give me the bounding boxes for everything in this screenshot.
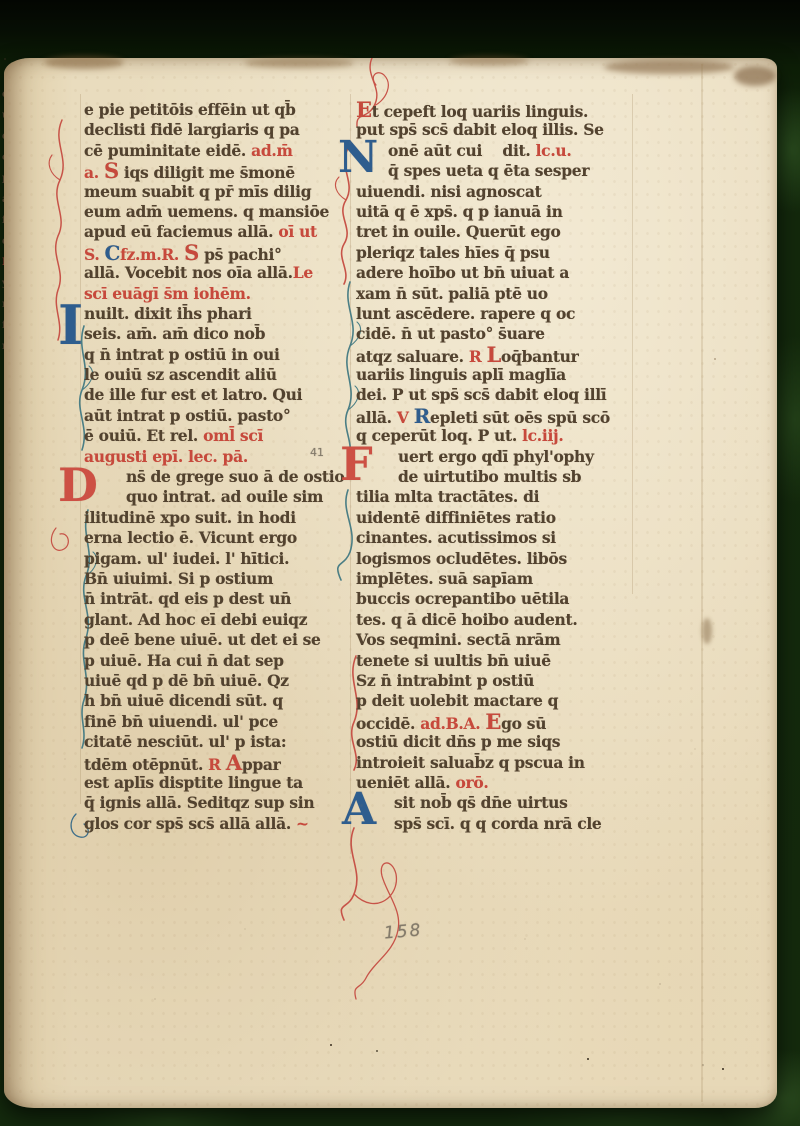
body-text: adere hoībo ut bn̄ uiuat a — [356, 263, 569, 282]
manuscript-text-line: q n̄ intrat p ostiū in oui — [84, 345, 352, 365]
body-text: cidē. n̄ ut pasto° s̄uare — [356, 324, 545, 343]
rubric-text: oī ut — [278, 222, 317, 241]
manuscript-text-line: cē puminitate eidē. ad.m̄ — [84, 141, 352, 161]
manuscript-text-line: ueniēt allā. orō. — [356, 773, 630, 793]
manuscript-text-line: pigam. ul' iudei. l' hītici. — [84, 549, 352, 569]
decorated-initial-A: A — [342, 788, 376, 832]
body-text: q̄ ignis allā. Seditqz sup sin — [84, 793, 314, 812]
body-text: de uirtutibo multis sb — [398, 467, 581, 486]
manuscript-text-line: uiuendi. nisi agnoscat — [356, 182, 630, 202]
body-text: implētes. suā sapīam — [356, 569, 533, 588]
rubric-text: R — [469, 347, 487, 366]
body-text: de ille fur est et latro. Qui — [84, 385, 302, 404]
body-text: ostiū dicit dn̄s p me siqs — [356, 732, 560, 751]
manuscript-text-line: tes. q ā dicē hoibo audent. — [356, 610, 630, 630]
body-text: citatē nesciūt. ul' p ista: — [84, 732, 286, 751]
body-text: onē aūt cui dit. — [388, 141, 536, 160]
manuscript-text-line: adere hoībo ut bn̄ uiuat a — [356, 263, 630, 283]
manuscript-text-line: erna lectio ē. Vicunt ergo — [84, 528, 352, 548]
decorated-initial-D: D — [58, 462, 98, 508]
body-text: atqz saluare. — [356, 347, 469, 366]
manuscript-text-line: allā. V Repleti sūt oēs spū scō — [356, 406, 630, 426]
body-text: uariis linguis aplī maglīa — [356, 365, 566, 384]
inline-initial: A — [226, 750, 242, 775]
manuscript-text-line: eum adm̄ uemens. q mansiōe — [84, 202, 352, 222]
body-text: apud eū faciemus allā. — [84, 222, 278, 241]
manuscript-text-line: occidē. ad.B.A. Ego sū — [356, 712, 630, 732]
rubric-text: orō. — [455, 773, 488, 792]
manuscript-text-line: tdēm otēpnūt. R Appar — [84, 753, 352, 773]
body-text: seis. am̄. am̄ dico nob̄ — [84, 324, 265, 343]
inline-initial: R — [414, 404, 430, 428]
body-text: ps̄ pachi° — [199, 245, 282, 264]
manuscript-text-line: glant. Ad hoc eī debi euiqz — [84, 610, 352, 630]
manuscript-text-line: dei. P ut sps̄ scs̄ dabit eloq illī — [356, 385, 630, 405]
edge-stain — [702, 618, 712, 644]
body-text: sps̄ scī. q q corda nrā cle — [394, 814, 601, 833]
body-text: ilitudinē xpo suit. in hodi — [84, 508, 296, 527]
body-text: occidē. — [356, 714, 420, 733]
body-text: p deē bene uiuē. ut det ei se — [84, 630, 321, 649]
body-text: q n̄ intrat p ostiū in oui — [84, 345, 280, 364]
body-text: e pie petitōis effēin ut qb̄ — [84, 100, 296, 119]
ruling-line — [80, 94, 81, 804]
manuscript-text-line: put sps̄ scs̄ dabit eloq illis. Se — [356, 120, 630, 140]
quire-mark: 41 — [310, 446, 324, 459]
body-text: Vos seqmini. sectā nrām — [356, 630, 560, 649]
body-text: tret in ouile. Querūt ego — [356, 222, 561, 241]
body-text: glos cor sps̄ scs̄ allā allā. — [84, 814, 296, 833]
body-text: cinantes. acutissimos si — [356, 528, 556, 547]
manuscript-text-line: p uiuē. Ha cui n̄ dat sep — [84, 651, 352, 671]
body-text: allā. — [356, 408, 397, 427]
rubric-text: scī euāgī s̄m iohēm. — [84, 284, 251, 303]
manuscript-text-line: e pie petitōis effēin ut qb̄ — [84, 100, 352, 120]
manuscript-text-line: le ouiū sz ascendit aliū — [84, 365, 352, 385]
manuscript-text-line: glos cor sps̄ scs̄ allā allā. ~ — [84, 814, 352, 834]
body-text: uidentē diffiniētes ratio — [356, 508, 556, 527]
inline-initial: L — [487, 342, 501, 367]
body-text: uiuē qd p dē bn̄ uiuē. Qz — [84, 671, 289, 690]
inline-initial: S — [104, 158, 119, 183]
manuscript-text-line: q̄ ignis allā. Seditqz sup sin — [84, 793, 352, 813]
manuscript-text-line: Vos seqmini. sectā nrām — [356, 630, 630, 650]
rubric-text: ~ — [296, 814, 309, 833]
manuscript-text-line: Sz n̄ intrabint p ostiū — [356, 671, 630, 691]
manuscript-text-line: h bn̄ uiuē dicendi sūt. q — [84, 691, 352, 711]
manuscript-text-line: p deē bene uiuē. ut det ei se — [84, 630, 352, 650]
body-text: q ceperūt loq. P ut. — [356, 426, 522, 445]
manuscript-text-line: Bn̄ uiuimi. Si p ostium — [84, 569, 352, 589]
manuscript-text-line: q̄ spes ueta q ēta sesper — [356, 161, 630, 181]
body-text: aūt intrat p ostiū. pasto° — [84, 406, 290, 425]
manuscript-text-line: tilia mlta tractātes. di — [356, 487, 630, 507]
manuscript-text-line: sit nob̄ qs̄ dn̄e uirtus — [356, 793, 630, 813]
manuscript-text-line: uariis linguis aplī maglīa — [356, 365, 630, 385]
body-text: xam n̄ sūt. paliā ptē uo — [356, 284, 548, 303]
rubric-text: oml̄ scī — [203, 426, 263, 445]
manuscript-text-line: ilitudinē xpo suit. in hodi — [84, 508, 352, 528]
folio-number: 158 — [383, 920, 423, 943]
manuscript-text-line: apud eū faciemus allā. oī ut — [84, 222, 352, 242]
body-text: uiuendi. nisi agnoscat — [356, 182, 542, 201]
manuscript-text-line: citatē nesciūt. ul' p ista: — [84, 732, 352, 752]
parchment-crease — [701, 64, 703, 1102]
body-text: oq̄bantur — [501, 347, 579, 366]
rubric-text: fz.m.R. — [120, 245, 184, 264]
rubric-text: lc.u. — [536, 141, 572, 160]
manuscript-text-line: lunt ascēdere. rapere q oc — [356, 304, 630, 324]
photo-background: dōuadācūpq̄arfēqd̄R⁊ysenarfromr̄ — [0, 0, 800, 1126]
manuscript-text-line: ns̄ de grege suo ā de ostio — [84, 467, 352, 487]
manuscript-text-line: xam n̄ sūt. paliā ptē uo — [356, 284, 630, 304]
manuscript-text-line: finē bn̄ uiuendi. ul' pce — [84, 712, 352, 732]
body-text: tdēm otēpnūt. — [84, 755, 208, 774]
body-text: introieit saluab̄z q pscua in — [356, 753, 585, 772]
body-text: eum adm̄ uemens. q mansiōe — [84, 202, 329, 221]
edge-stain — [44, 56, 124, 69]
body-text: cē puminitate eidē. — [84, 141, 251, 160]
manuscript-text-line: de ille fur est et latro. Qui — [84, 385, 352, 405]
manuscript-text-line: introieit saluab̄z q pscua in — [356, 753, 630, 773]
manuscript-text-line: meum suabit q pr̄ mīs dilig — [84, 182, 352, 202]
manuscript-text-line: sps̄ scī. q q corda nrā cle — [356, 814, 630, 834]
decorated-initial-N: N — [338, 136, 378, 180]
edge-stain — [604, 60, 734, 74]
manuscript-text-line: uert ergo qdī phyl'ophy — [356, 447, 630, 467]
rubric-text: V — [397, 408, 414, 427]
inline-initial: E — [485, 709, 501, 734]
manuscript-text-line: tret in ouile. Querūt ego — [356, 222, 630, 242]
manuscript-text-line: declisti fidē largiaris q pa — [84, 120, 352, 140]
body-text: ns̄ de grege suo ā de ostio — [126, 467, 344, 486]
manuscript-text-line: atqz saluare. R Loq̄bantur — [356, 345, 630, 365]
body-text: dei. P ut sps̄ scs̄ dabit eloq illī — [356, 385, 606, 404]
body-text: h bn̄ uiuē dicendi sūt. q — [84, 691, 283, 710]
manuscript-text-line: quo intrat. ad ouile sim — [84, 487, 352, 507]
body-text: est aplīs disptite lingue ta — [84, 773, 303, 792]
rubric-text: ad.m̄ — [251, 141, 292, 160]
body-text: le ouiū sz ascendit aliū — [84, 365, 277, 384]
manuscript-text-line: ostiū dicit dn̄s p me siqs — [356, 732, 630, 752]
body-text: tenete si uultis bn̄ uiuē — [356, 651, 551, 670]
body-text: uitā q ē xps̄. q p ianuā in — [356, 202, 563, 221]
rubric-text: ad.B.A. — [420, 714, 485, 733]
ink-specks — [4, 58, 6, 60]
body-text: pleriqz tales hīes q̄ psu — [356, 243, 550, 262]
manuscript-text-line: uitā q ē xps̄. q p ianuā in — [356, 202, 630, 222]
manuscript-text-line: ē ouiū. Et rel. oml̄ scī — [84, 426, 352, 446]
body-text: q̄ spes ueta q ēta sesper — [388, 161, 589, 180]
body-text: put sps̄ scs̄ dabit eloq illis. Se — [356, 120, 604, 139]
manuscript-text-line: buccis ocrepantibo uētila — [356, 589, 630, 609]
manuscript-text-line: S. Cfz.m.R. S ps̄ pachi° — [84, 243, 352, 263]
body-text: epleti sūt oēs spū scō — [430, 408, 610, 427]
body-text: buccis ocrepantibo uētila — [356, 589, 569, 608]
rubric-text: augusti epī. lec. pā. — [84, 447, 248, 466]
body-text: t cepeft loq uariis linguis. — [372, 102, 588, 121]
text-column-right: Et cepeft loq uariis linguis.put sps̄ sc… — [356, 100, 630, 834]
body-text: meum suabit q pr̄ mīs dilig — [84, 182, 311, 201]
rubric-text: a. — [84, 163, 104, 182]
manuscript-text-line: Et cepeft loq uariis linguis. — [356, 100, 630, 120]
manuscript-text-line: uiuē qd p dē bn̄ uiuē. Qz — [84, 671, 352, 691]
manuscript-text-line: de uirtutibo multis sb — [356, 467, 630, 487]
manuscript-text-line: tenete si uultis bn̄ uiuē — [356, 651, 630, 671]
body-text: lunt ascēdere. rapere q oc — [356, 304, 575, 323]
rubric-text: S. — [84, 245, 105, 264]
body-text: go sū — [501, 714, 546, 733]
rubric-text: R — [208, 755, 226, 774]
manuscript-text-line: scī euāgī s̄m iohēm. — [84, 284, 352, 304]
manuscript-text-line: uidentē diffiniētes ratio — [356, 508, 630, 528]
rubric-text: Le — [293, 263, 313, 282]
manuscript-text-line: allā. Vocebit nos oīa allā.Le — [84, 263, 352, 283]
manuscript-text-line: pleriqz tales hīes q̄ psu — [356, 243, 630, 263]
body-text: logismos ocludētes. libōs — [356, 549, 567, 568]
decorated-initial-I: I — [58, 298, 83, 352]
body-text: pigam. ul' iudei. l' hītici. — [84, 549, 289, 568]
manuscript-text-line: est aplīs disptite lingue ta — [84, 773, 352, 793]
body-text: nuilt. dixit ih̄s phari — [84, 304, 252, 323]
body-text: allā. Vocebit nos oīa allā. — [84, 263, 293, 282]
manuscript-text-line: onē aūt cui dit. lc.u. — [356, 141, 630, 161]
edge-stain — [449, 56, 529, 66]
ruling-line — [632, 94, 633, 594]
body-text: p deit uolebit mactare q — [356, 691, 558, 710]
manuscript-text-line: q ceperūt loq. P ut. lc.iij. — [356, 426, 630, 446]
manuscript-text-line: nuilt. dixit ih̄s phari — [84, 304, 352, 324]
rubric-text: lc.iij. — [522, 426, 563, 445]
manuscript-text-line: n̄ intrāt. qd eis p dest un̄ — [84, 589, 352, 609]
manuscript-text-line: logismos ocludētes. libōs — [356, 549, 630, 569]
body-text: sit nob̄ qs̄ dn̄e uirtus — [394, 793, 568, 812]
inline-initial: S — [184, 240, 199, 265]
decorated-initial-F: F — [340, 441, 373, 487]
inline-initial: E — [356, 97, 372, 122]
body-text: n̄ intrāt. qd eis p dest un̄ — [84, 589, 291, 608]
body-text: erna lectio ē. Vicunt ergo — [84, 528, 297, 547]
manuscript-page: e pie petitōis effēin ut qb̄declisti fid… — [4, 58, 777, 1108]
manuscript-text-line: seis. am̄. am̄ dico nob̄ — [84, 324, 352, 344]
body-text: glant. Ad hoc eī debi euiqz — [84, 610, 307, 629]
body-text: tes. q ā dicē hoibo audent. — [356, 610, 577, 629]
body-text: ē ouiū. Et rel. — [84, 426, 203, 445]
manuscript-text-line: a. S iqs diligit me s̄monē — [84, 161, 352, 181]
body-text: finē bn̄ uiuendi. ul' pce — [84, 712, 278, 731]
body-text: Sz n̄ intrabint p ostiū — [356, 671, 534, 690]
body-text: declisti fidē largiaris q pa — [84, 120, 300, 139]
body-text: Bn̄ uiuimi. Si p ostium — [84, 569, 273, 588]
text-column-left: e pie petitōis effēin ut qb̄declisti fid… — [84, 100, 352, 834]
body-text: tilia mlta tractātes. di — [356, 487, 539, 506]
edge-stain — [244, 58, 354, 68]
inline-initial: C — [105, 241, 121, 265]
manuscript-text-line: implētes. suā sapīam — [356, 569, 630, 589]
body-text: ppar — [242, 755, 281, 774]
body-text: p uiuē. Ha cui n̄ dat sep — [84, 651, 284, 670]
body-text: iqs diligit me s̄monē — [119, 163, 295, 182]
body-text: uert ergo qdī phyl'ophy — [398, 447, 594, 466]
body-text: quo intrat. ad ouile sim — [126, 487, 323, 506]
manuscript-text-line: cinantes. acutissimos si — [356, 528, 630, 548]
manuscript-text-line: aūt intrat p ostiū. pasto° — [84, 406, 352, 426]
edge-stain — [734, 66, 776, 86]
